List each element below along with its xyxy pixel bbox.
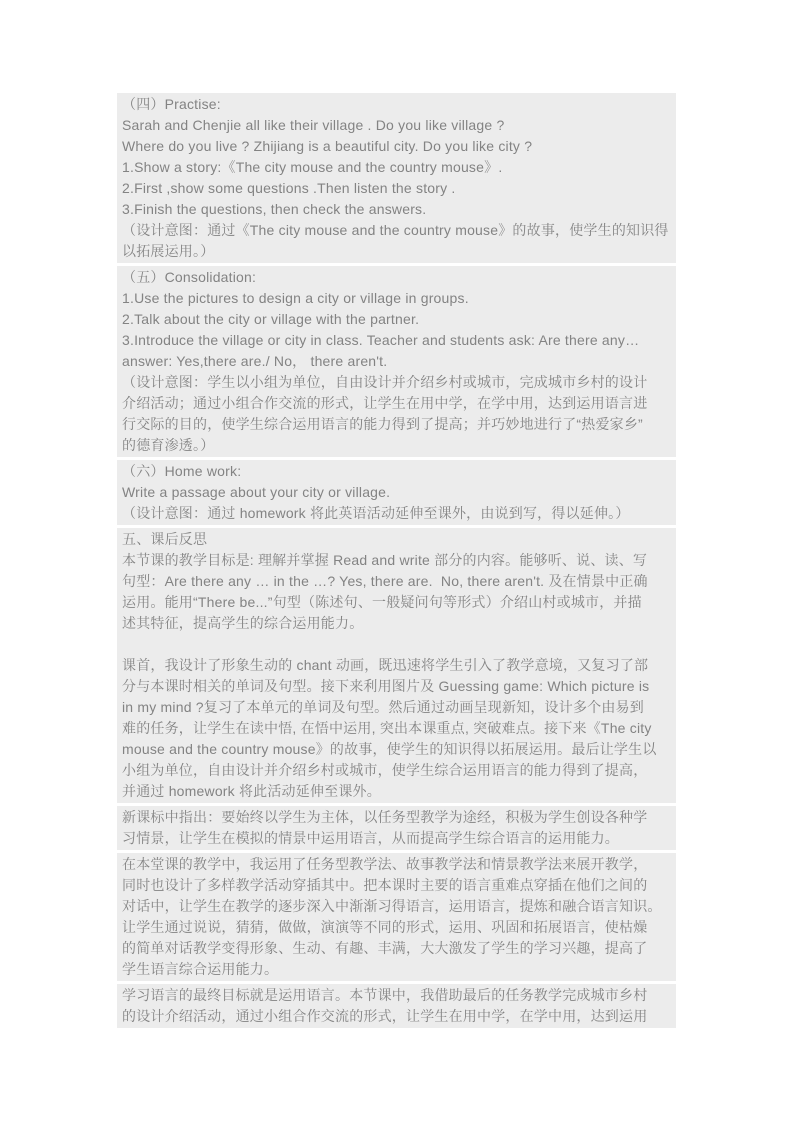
paragraph-homework-section: （六）Home work: Write a passage about your… <box>117 460 676 525</box>
paragraph-language-goal: 学习语言的最终目标就是运用语言。本节课中，我借助最后的任务教学完成城市乡村 的设… <box>117 984 676 1028</box>
document-page: （四）Practise: Sarah and Chenjie all like … <box>117 93 676 1031</box>
paragraph-consolidation-section: （五）Consolidation: 1.Use the pictures to … <box>117 266 676 457</box>
paragraph-reflection-section: 五、课后反思 本节课的教学目标是: 理解并掌握 Read and write 部… <box>117 528 676 803</box>
paragraph-teaching-methods: 在本堂课的教学中，我运用了任务型教学法、故事教学法和情景教学法来展开教学， 同时… <box>117 853 676 981</box>
paragraph-practise-section: （四）Practise: Sarah and Chenjie all like … <box>117 93 676 263</box>
paragraph-new-curriculum: 新课标中指出：要始终以学生为主体，以任务型教学为途经，积极为学生创设各种学 习情… <box>117 806 676 850</box>
